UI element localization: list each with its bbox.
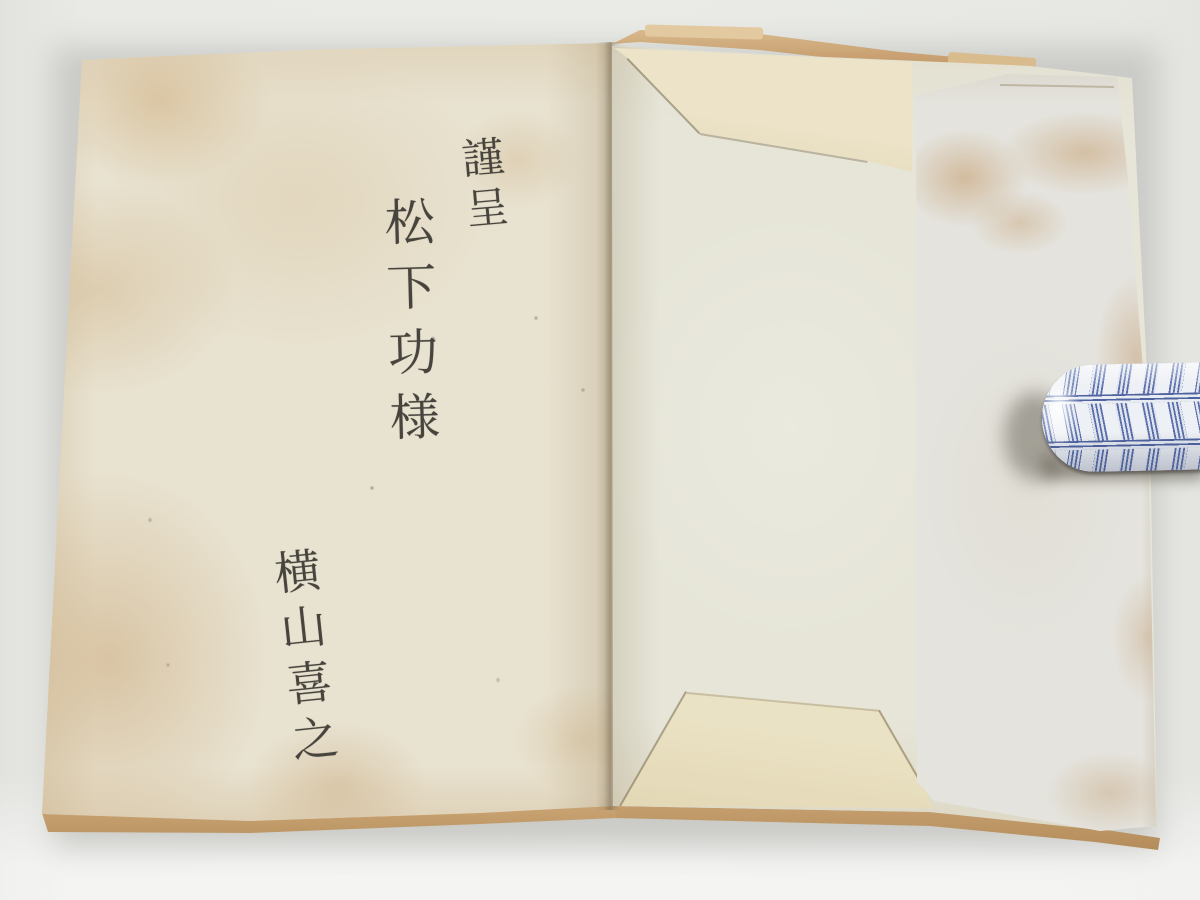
photo-open-book-scene: 謹呈 松下功様 横山喜之 <box>0 0 1200 900</box>
calligraphy-dedication: 謹呈 <box>457 134 508 237</box>
porcelain-paperweight <box>1041 362 1200 472</box>
paperweight-gloss-highlight <box>1041 362 1200 472</box>
left-page: 謹呈 松下功様 横山喜之 <box>38 40 616 830</box>
calligraphy-recipient-name: 松下功様 <box>380 195 437 456</box>
